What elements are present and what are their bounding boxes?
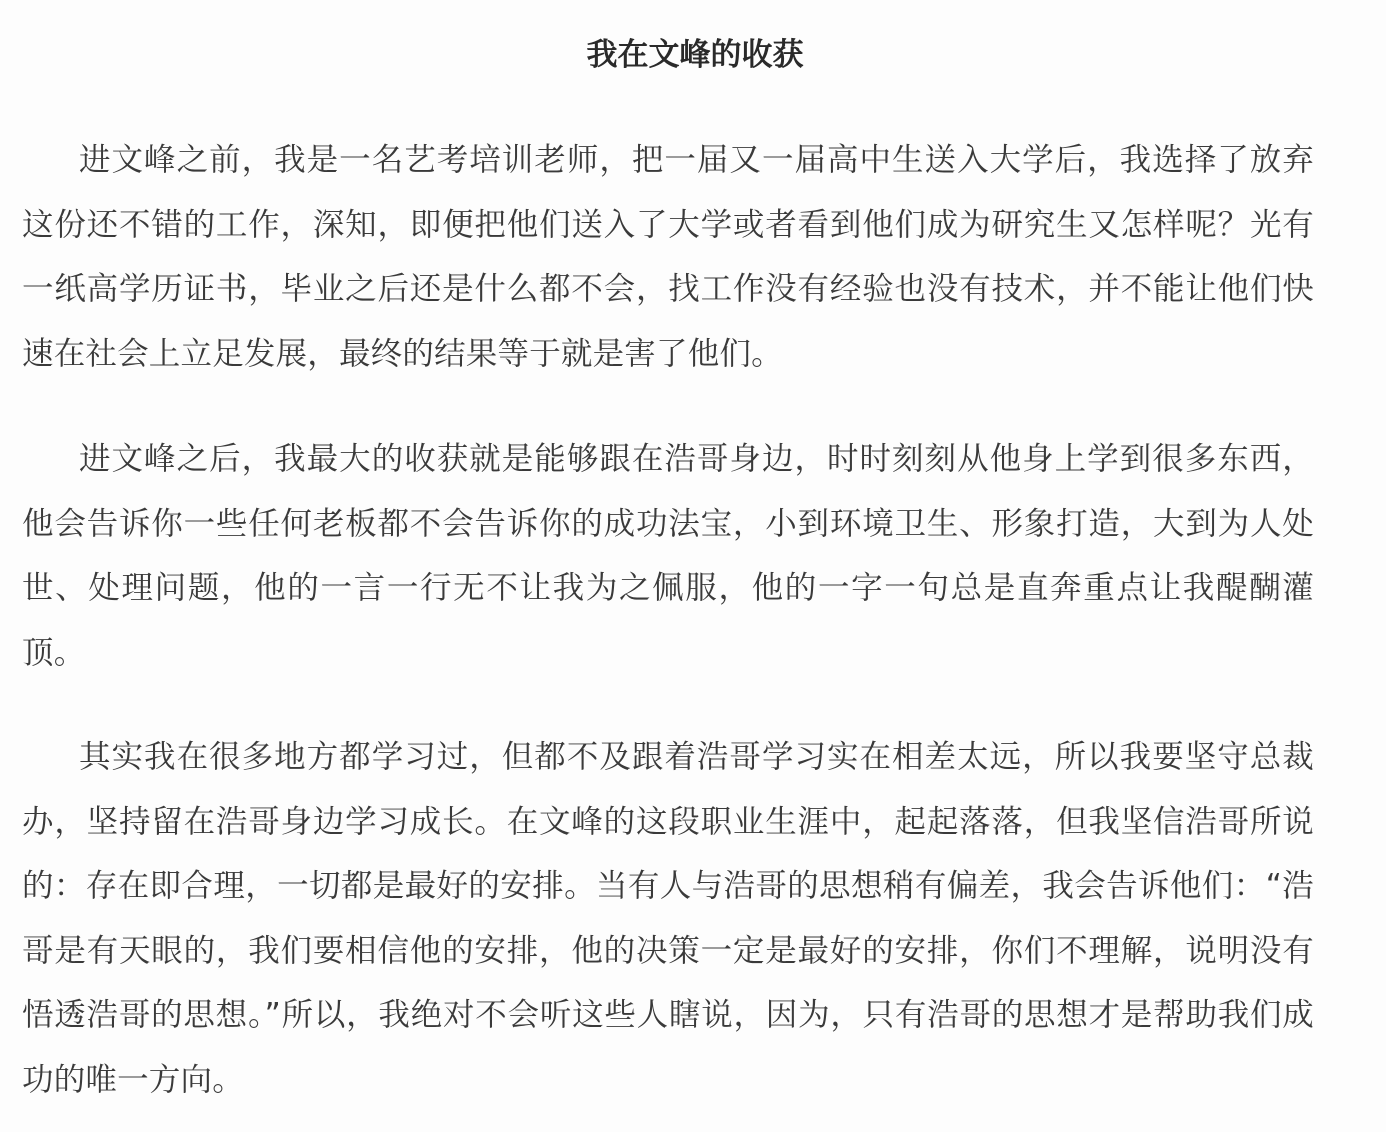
paragraph-1: 进文峰之前，我是一名艺考培训老师，把一届又一届高中生送入大学后，我选择了放弃这份… (22, 128, 1314, 386)
paragraph-3: 其实我在很多地方都学习过，但都不及跟着浩哥学习实在相差太远，所以我要坚守总裁办，… (22, 725, 1314, 1112)
paragraph-2: 进文峰之后，我最大的收获就是能够跟在浩哥身边，时时刻刻从他身上学到很多东西，他会… (22, 427, 1314, 685)
article-title: 我在文峰的收获 (22, 32, 1368, 78)
